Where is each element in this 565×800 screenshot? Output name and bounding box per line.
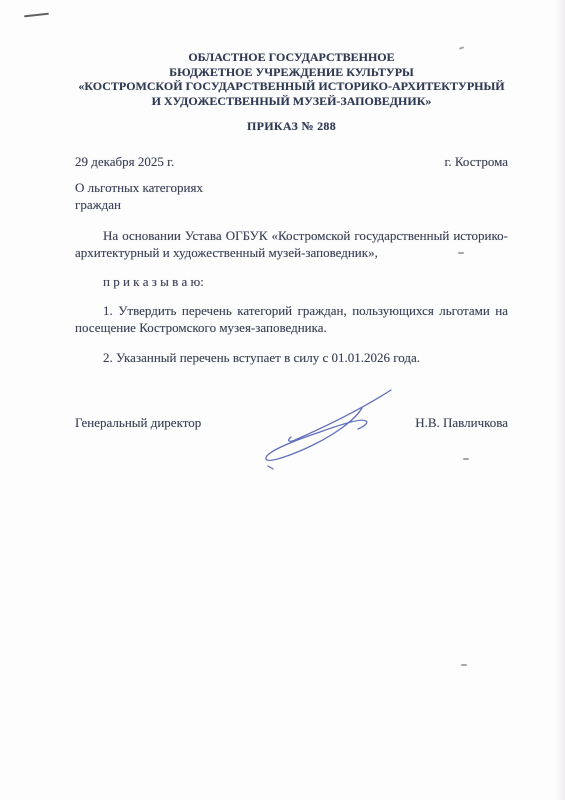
- order-item-1: 1. Утвердить перечень категорий граждан,…: [75, 302, 508, 336]
- scanned-order-document: ОБЛАСТНОЕ ГОСУДАРСТВЕННОЕ БЮДЖЕТНОЕ УЧРЕ…: [0, 0, 565, 800]
- order-subject: О льготных категориях граждан: [75, 179, 508, 213]
- scan-speck: [461, 664, 467, 666]
- signature-tick: [268, 466, 273, 469]
- organization-name-line: «КОСТРОМСКОЙ ГОСУДАРСТВЕННЫЙ ИСТОРИКО-АР…: [75, 79, 508, 94]
- order-city: г. Кострома: [445, 153, 508, 170]
- organization-name-line: БЮДЖЕТНОЕ УЧРЕЖДЕНИЕ КУЛЬТУРЫ: [75, 65, 508, 80]
- scan-speck: [463, 458, 469, 460]
- date-city-row: 29 декабря 2025 г. г. Кострома: [75, 153, 508, 170]
- organization-name: ОБЛАСТНОЕ ГОСУДАРСТВЕННОЕ БЮДЖЕТНОЕ УЧРЕ…: [75, 50, 508, 108]
- order-date: 29 декабря 2025 г.: [75, 153, 174, 170]
- order-verb: п р и к а з ы в а ю:: [75, 273, 508, 290]
- order-subject-line: граждан: [75, 196, 508, 213]
- order-item-2: 2. Указанный перечень вступает в силу с …: [75, 349, 508, 366]
- organization-name-line: ОБЛАСТНОЕ ГОСУДАРСТВЕННОЕ: [75, 50, 508, 65]
- preamble-paragraph: На основании Устава ОГБУК «Костромской г…: [75, 227, 508, 261]
- document-content: ОБЛАСТНОЕ ГОСУДАРСТВЕННОЕ БЮДЖЕТНОЕ УЧРЕ…: [75, 50, 508, 431]
- signatory-role: Генеральный директор: [75, 414, 201, 431]
- pen-mark-artifact: [24, 13, 49, 18]
- order-subject-line: О льготных категориях: [75, 179, 508, 196]
- scan-edge-shadow: [555, 0, 565, 800]
- signature-loop: [266, 408, 367, 460]
- order-title: ПРИКАЗ № 288: [75, 119, 508, 134]
- signature-upstroke: [289, 390, 391, 441]
- ink-signature: [250, 378, 400, 488]
- organization-name-line: И ХУДОЖЕСТВЕННЫЙ МУЗЕЙ-ЗАПОВЕДНИК»: [75, 94, 508, 109]
- signatory-name: Н.В. Павличкова: [415, 414, 508, 431]
